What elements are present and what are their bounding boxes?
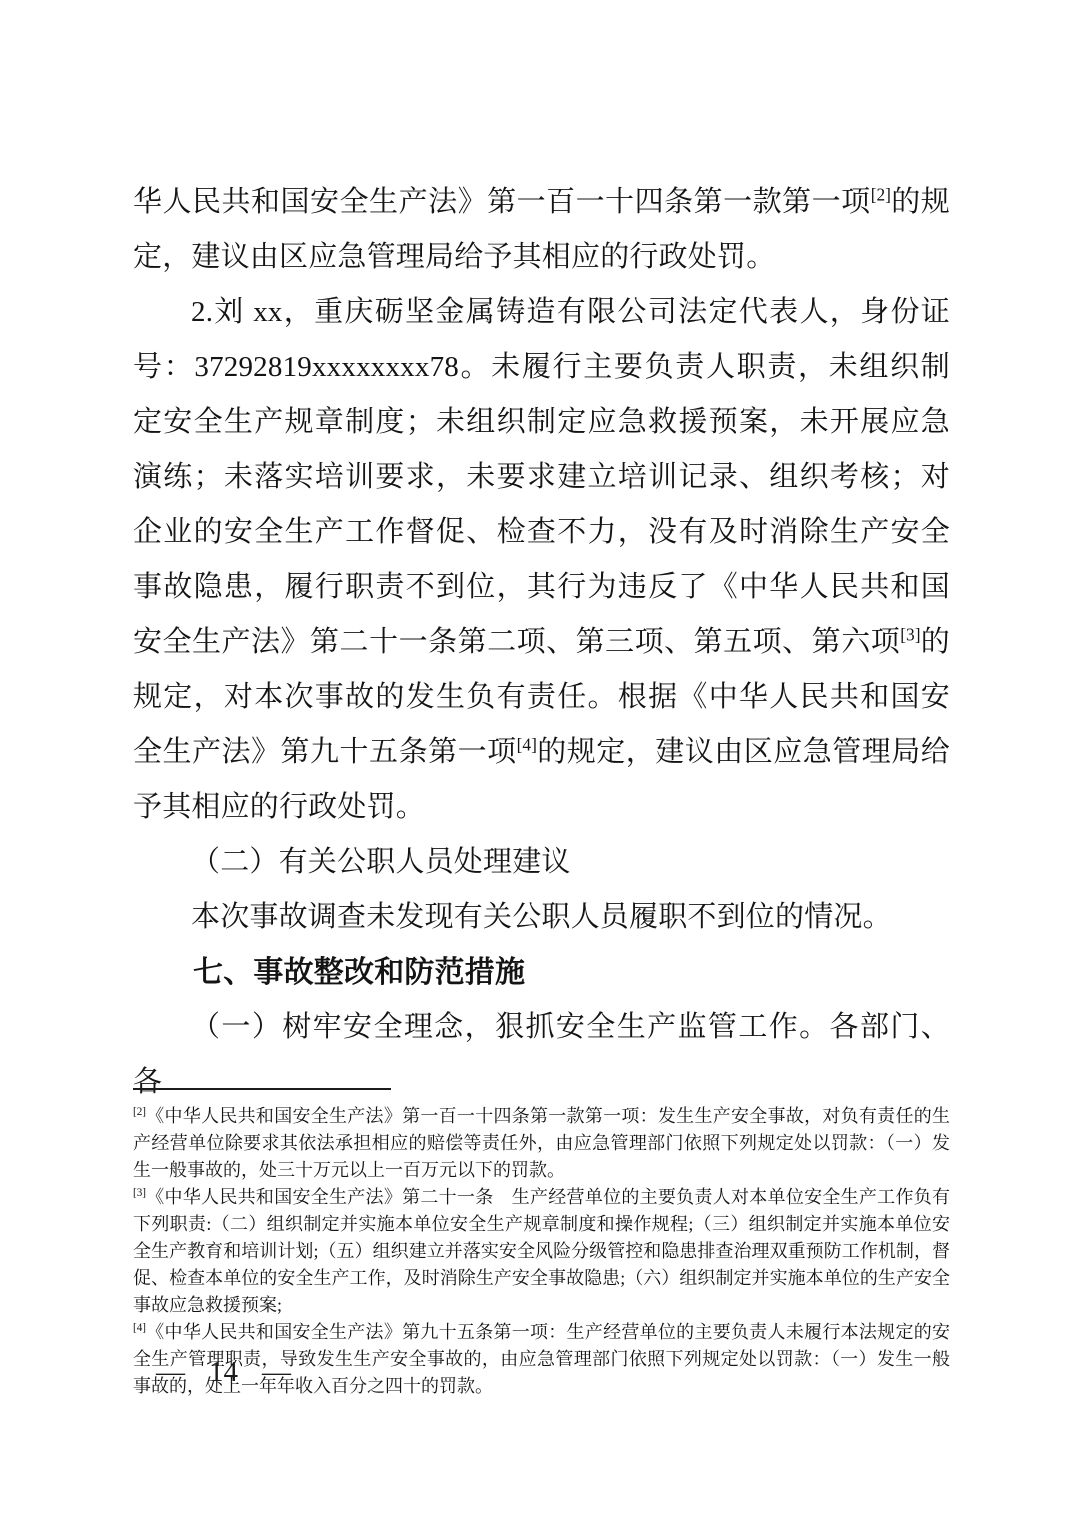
page-number-dash-left: — (156, 1356, 185, 1389)
page-number-value: 14 (209, 1356, 238, 1389)
document-page: 华人民共和国安全生产法》第一百一十四条第一款第一项[2]的规定，建议由区应急管理… (0, 0, 1074, 1520)
footnote-2: [2]《中华人民共和国安全生产法》第一百一十四条第一款第一项：发生生产安全事故，… (133, 1103, 950, 1184)
page-number: — 14 — (156, 1356, 291, 1389)
body-text: 华人民共和国安全生产法》第一百一十四条第一款第一项[2]的规定，建议由区应急管理… (133, 175, 950, 1110)
page-number-dash-right: — (262, 1356, 291, 1389)
footnotes-section: [2]《中华人民共和国安全生产法》第一百一十四条第一款第一项：发生生产安全事故，… (133, 1088, 950, 1400)
subsection-heading-public-officials: （二）有关公职人员处理建议 (133, 835, 950, 890)
paragraph-liu-xx-responsibility: 2.刘 xx，重庆砺坚金属铸造有限公司法定代表人，身份证号：37292819xx… (133, 285, 950, 835)
section-heading-rectification-measures: 七、事故整改和防范措施 (133, 945, 950, 1000)
paragraph-continuation-penalty-company: 华人民共和国安全生产法》第一百一十四条第一款第一项[2]的规定，建议由区应急管理… (133, 175, 950, 285)
paragraph-investigation-finding: 本次事故调查未发现有关公职人员履职不到位的情况。 (133, 890, 950, 945)
footnote-3: [3]《中华人民共和国安全生产法》第二十一条 生产经营单位的主要负责人对本单位安… (133, 1184, 950, 1319)
footnote-separator-line (133, 1088, 391, 1090)
